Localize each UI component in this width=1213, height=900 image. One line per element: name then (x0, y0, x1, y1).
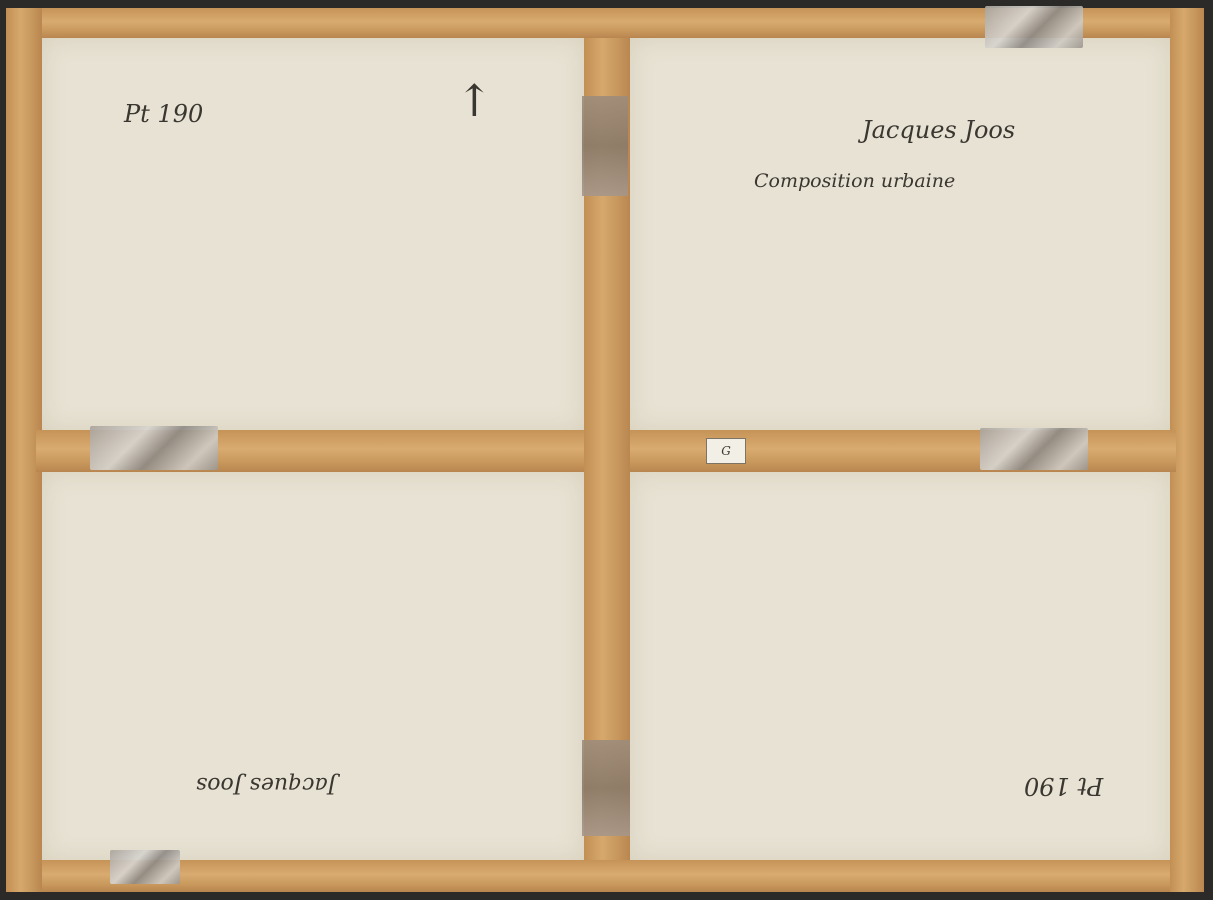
tape-crossbar-right (980, 428, 1088, 470)
tape-crossbar-left (90, 426, 218, 470)
canvas-panel-bottom-left (42, 472, 584, 860)
canvas-panel-top-right (630, 38, 1170, 430)
tape-top-right (985, 6, 1083, 48)
artist-signature-top-right: Jacques Joos (862, 116, 1015, 144)
format-inscription-bottom-right-inverted: Pt 190 (1024, 772, 1103, 800)
title-inscription: Composition urbaine (754, 170, 955, 192)
tape-vertical-bottom (582, 740, 630, 836)
canvas-panel-top-left (42, 38, 584, 430)
tape-vertical-top (582, 96, 628, 196)
orientation-arrow: ↑ (456, 76, 493, 127)
center-label-sticker: G (706, 438, 746, 464)
bottom-bar (6, 860, 1204, 892)
canvas-panel-bottom-right (630, 472, 1170, 860)
tape-bottom-left (110, 850, 180, 884)
artist-signature-bottom-left-inverted: Jacques Joos (196, 772, 336, 797)
format-inscription-top-left: Pt 190 (124, 100, 203, 128)
